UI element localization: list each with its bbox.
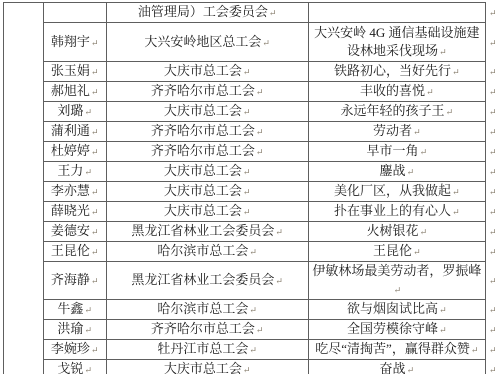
end-of-row-mark: ↵ [489,87,497,97]
union-cell: 大庆市总工会↵ [106,162,308,182]
end-of-cell-mark: ↵ [452,207,460,217]
end-of-row-mark: ↵ [489,365,497,374]
end-of-cell-mark: ↵ [407,167,415,177]
union-cell: 大庆市总工会↵ [106,202,308,222]
name-cell: 韩翔宇↵ [43,23,106,62]
end-of-cell-mark: ↵ [91,38,99,48]
cell-text: 黑龙江省林业工会委员会 [131,223,274,238]
table-row: 刘璐↵ 大庆市总工会↵ 永远年轻的孩子王↵ ↵ [4,102,498,122]
awards-table: 油管理局）工会委员会↵ ↵ 韩翔宇↵ 大兴安岭地区总工会↵ 大兴安岭 4G 通信… [3,2,498,374]
union-cell: 齐齐哈尔市总工会↵ [106,142,308,162]
cell-text: 王昆伦 [373,243,412,258]
end-of-cell-mark: ↵ [91,276,99,286]
document-page: 油管理局）工会委员会↵ ↵ 韩翔宇↵ 大兴安岭地区总工会↵ 大兴安岭 4G 通信… [0,0,498,374]
table-row: 薛晓光↵ 大庆市总工会↵ 扑在事业上的有心人↵ ↵ [4,202,498,222]
union-cell: 大庆市总工会↵ [106,360,308,374]
end-of-row-mark: ↵ [489,107,497,117]
cell-text: 大庆市总工会 [164,183,242,198]
name-cell: 王昆伦↵ [43,242,106,262]
cell-text: 齐齐哈尔市总工会 [151,143,255,158]
end-of-cell-mark: ↵ [269,8,277,18]
union-cell: 齐齐哈尔市总工会↵ [106,122,308,142]
work-title-cell: 火树银花↵ [308,222,485,242]
work-title-cell: 永远年轻的孩子王↵ [308,102,485,122]
cell-text: 洪瑜 [57,321,83,336]
end-of-cell-mark: ↵ [91,207,99,217]
cell-text: 铁路初心，当好先行 [334,63,451,78]
cell-text: 大兴安岭地区总工会 [144,34,261,49]
cell-text: 吃尽“清掏苦”，赢得群众赞 [315,341,470,356]
union-cell: 齐齐哈尔市总工会↵ [106,82,308,102]
cell-text: 大庆市总工会 [164,163,242,178]
end-of-row-mark: ↵ [489,67,497,77]
row-end-margin: ↵ [485,360,497,374]
table-row: 姜德安↵ 黑龙江省林业工会委员会↵ 火树银花↵ ↵ [4,222,498,242]
name-cell: 郝旭礼↵ [43,82,106,102]
end-of-row-mark: ↵ [489,207,497,217]
end-of-cell-mark: ↵ [439,305,447,315]
cell-text: 齐齐哈尔市总工会 [151,321,255,336]
cell-text: 齐齐哈尔市总工会 [151,83,255,98]
cell-text: 齐海静 [51,272,90,287]
end-of-row-mark: ↵ [489,305,497,315]
end-of-cell-mark: ↵ [452,187,460,197]
name-cell: 洪瑜↵ [43,320,106,340]
cell-text: 牛鑫 [57,301,83,316]
end-of-cell-mark: ↵ [471,345,479,355]
end-of-cell-mark: ↵ [446,107,454,117]
end-of-cell-mark: ↵ [91,127,99,137]
row-end-margin: ↵ [485,162,497,182]
cell-text: 鏖战 [380,163,406,178]
name-cell: 王力↵ [43,162,106,182]
cell-text: 劳动者 [373,123,412,138]
end-of-cell-mark: ↵ [243,365,251,374]
cell-text: 丰收的喜悦 [360,83,425,98]
end-of-cell-mark: ↵ [394,285,402,295]
union-cell: 油管理局）工会委员会↵ [106,3,308,23]
cell-text: 扑在事业上的有心人 [334,203,451,218]
end-of-row-mark: ↵ [489,325,497,335]
row-end-margin: ↵ [485,102,497,122]
table-row: 韩翔宇↵ 大兴安岭地区总工会↵ 大兴安岭 4G 通信基础设施建设林地采伐现场↵ … [4,23,498,62]
cell-text: 杜婷婷 [51,143,90,158]
end-of-cell-mark: ↵ [275,276,283,286]
table-row: 李亦慧↵ 大庆市总工会↵ 美化厂区，从我做起↵ ↵ [4,182,498,202]
end-of-row-mark: ↵ [489,227,497,237]
work-title-cell [308,3,485,23]
end-of-row-mark: ↵ [489,127,497,137]
end-of-cell-mark: ↵ [256,127,264,137]
work-title-cell: 伊敏林场最美劳动者，罗振峰↵ [308,262,485,300]
end-of-row-mark: ↵ [489,247,497,257]
end-of-cell-mark: ↵ [91,147,99,157]
end-of-cell-mark: ↵ [420,227,428,237]
cell-text: 王昆伦 [51,243,90,258]
row-end-margin: ↵ [485,3,497,23]
cell-text: 伊敏林场最美劳动者，罗振峰 [312,263,481,278]
table-row: 王昆伦↵ 哈尔滨市总工会↵ 王昆伦↵ ↵ [4,242,498,262]
end-of-cell-mark: ↵ [84,305,92,315]
name-cell: 李亦慧↵ [43,182,106,202]
cell-text: 戈锐 [57,361,83,374]
end-of-cell-mark: ↵ [84,325,92,335]
cell-text: 张玉娟 [51,63,90,78]
table-row: 郝旭礼↵ 齐齐哈尔市总工会↵ 丰收的喜悦↵ ↵ [4,82,498,102]
table-row: 李婉珍↵ 牡丹江市总工会↵ 吃尽“清掏苦”，赢得群众赞↵ ↵ [4,340,498,360]
work-title-cell: 大兴安岭 4G 通信基础设施建设林地采伐现场↵ [308,23,485,62]
end-of-row-mark: ↵ [489,276,497,286]
work-title-cell: 鏖战↵ [308,162,485,182]
cell-text: 蒲利通 [51,123,90,138]
row-end-margin: ↵ [485,62,497,82]
union-cell: 大庆市总工会↵ [106,62,308,82]
cell-text: 大庆市总工会 [164,361,242,374]
table-row: 蒲利通↵ 齐齐哈尔市总工会↵ 劳动者↵ ↵ [4,122,498,142]
row-end-margin: ↵ [485,23,497,62]
cell-text: 大庆市总工会 [164,63,242,78]
end-of-cell-mark: ↵ [275,227,283,237]
work-title-cell: 早市一角↵ [308,142,485,162]
union-cell: 黑龙江省林业工会委员会↵ [106,222,308,242]
union-cell: 大庆市总工会↵ [106,182,308,202]
end-of-cell-mark: ↵ [243,67,251,77]
cell-text: 姜德安 [51,223,90,238]
end-of-cell-mark: ↵ [249,247,257,257]
end-of-cell-mark: ↵ [243,107,251,117]
row-end-margin: ↵ [485,262,497,300]
cell-text: 火树银花 [367,223,419,238]
cell-text: 韩翔宇 [51,34,90,49]
cell-text: 大庆市总工会 [164,103,242,118]
end-of-row-mark: ↵ [489,167,497,177]
cell-text: 大兴安岭 4G 通信基础设施建设林地采伐现场 [314,25,479,58]
table-row: 王力↵ 大庆市总工会↵ 鏖战↵ ↵ [4,162,498,182]
union-cell: 黑龙江省林业工会委员会↵ [106,262,308,300]
work-title-cell: 劳动者↵ [308,122,485,142]
row-end-margin: ↵ [485,82,497,102]
row-end-margin: ↵ [485,222,497,242]
row-end-margin: ↵ [485,320,497,340]
cell-text: 欲与烟囱试比高 [347,301,438,316]
cell-text: 薛晓光 [51,203,90,218]
end-of-row-mark: ↵ [489,187,497,197]
row-end-margin: ↵ [485,122,497,142]
end-of-cell-mark: ↵ [407,365,415,374]
cell-text: 奋战 [380,361,406,374]
cell-text: 牡丹江市总工会 [157,341,248,356]
end-of-cell-mark: ↵ [91,227,99,237]
end-of-row-mark: ↵ [489,345,497,355]
name-cell: 牛鑫↵ [43,300,106,320]
name-cell [43,3,106,23]
end-of-cell-mark: ↵ [243,167,251,177]
end-of-cell-mark: ↵ [249,345,257,355]
end-of-row-mark: ↵ [489,147,497,157]
work-title-cell: 王昆伦↵ [308,242,485,262]
name-cell: 姜德安↵ [43,222,106,242]
cell-text: 美化厂区，从我做起 [334,183,451,198]
row-end-margin: ↵ [485,202,497,222]
end-of-cell-mark: ↵ [452,67,460,77]
end-of-cell-mark: ↵ [91,187,99,197]
cell-text: 黑龙江省林业工会委员会 [131,272,274,287]
cell-text: 哈尔滨市总工会 [157,243,248,258]
row-end-margin: ↵ [485,300,497,320]
end-of-cell-mark: ↵ [413,247,421,257]
end-of-cell-mark: ↵ [426,87,434,97]
end-of-cell-mark: ↵ [420,147,428,157]
end-of-row-mark: ↵ [489,38,497,48]
table-row: 牛鑫↵ 哈尔滨市总工会↵ 欲与烟囱试比高↵ ↵ [4,300,498,320]
end-of-cell-mark: ↵ [84,365,92,374]
end-of-cell-mark: ↵ [91,87,99,97]
end-of-cell-mark: ↵ [439,47,447,57]
name-cell: 戈锐↵ [43,360,106,374]
end-of-cell-mark: ↵ [256,147,264,157]
work-title-cell: 奋战↵ [308,360,485,374]
row-end-margin: ↵ [485,340,497,360]
union-cell: 大庆市总工会↵ [106,102,308,122]
cell-text: 李亦慧 [51,183,90,198]
row-end-margin: ↵ [485,182,497,202]
cell-text: 刘璐 [57,103,83,118]
end-of-cell-mark: ↵ [243,207,251,217]
end-of-cell-mark: ↵ [84,167,92,177]
name-cell: 杜婷婷↵ [43,142,106,162]
end-of-cell-mark: ↵ [413,127,421,137]
end-of-cell-mark: ↵ [439,325,447,335]
cell-text: 王力 [57,163,83,178]
end-of-cell-mark: ↵ [243,187,251,197]
union-cell: 牡丹江市总工会↵ [106,340,308,360]
union-cell: 哈尔滨市总工会↵ [106,242,308,262]
cell-text: 全国劳模徐守峰 [347,321,438,336]
work-title-cell: 扑在事业上的有心人↵ [308,202,485,222]
end-of-cell-mark: ↵ [84,107,92,117]
end-of-row-mark: ↵ [489,8,497,18]
row-end-margin: ↵ [485,242,497,262]
cell-text: 李婉珍 [51,341,90,356]
cell-text: 早市一角 [367,143,419,158]
table-row: 张玉娟↵ 大庆市总工会↵ 铁路初心，当好先行↵ ↵ [4,62,498,82]
name-cell: 齐海静↵ [43,262,106,300]
end-of-cell-mark: ↵ [256,325,264,335]
work-title-cell: 欲与烟囱试比高↵ [308,300,485,320]
name-cell: 蒲利通↵ [43,122,106,142]
table-row: 齐海静↵ 黑龙江省林业工会委员会↵ 伊敏林场最美劳动者，罗振峰↵ ↵ [4,262,498,300]
work-title-cell: 吃尽“清掏苦”，赢得群众赞↵ [308,340,485,360]
cell-text: 齐齐哈尔市总工会 [151,123,255,138]
end-of-cell-mark: ↵ [256,87,264,97]
table-row: 杜婷婷↵ 齐齐哈尔市总工会↵ 早市一角↵ ↵ [4,142,498,162]
end-of-cell-mark: ↵ [91,67,99,77]
cell-text: 油管理局）工会委员会 [138,4,268,19]
work-title-cell: 美化厂区，从我做起↵ [308,182,485,202]
name-cell: 张玉娟↵ [43,62,106,82]
union-cell: 齐齐哈尔市总工会↵ [106,320,308,340]
end-of-cell-mark: ↵ [262,38,270,48]
end-of-cell-mark: ↵ [249,305,257,315]
table-row: 油管理局）工会委员会↵ ↵ [4,3,498,23]
cell-text: 大庆市总工会 [164,203,242,218]
work-title-cell: 全国劳模徐守峰↵ [308,320,485,340]
work-title-cell: 铁路初心，当好先行↵ [308,62,485,82]
name-cell: 刘璐↵ [43,102,106,122]
end-of-cell-mark: ↵ [91,247,99,257]
table-row: 洪瑜↵ 齐齐哈尔市总工会↵ 全国劳模徐守峰↵ ↵ [4,320,498,340]
name-cell: 李婉珍↵ [43,340,106,360]
cell-text: 哈尔滨市总工会 [157,301,248,316]
union-cell: 大兴安岭地区总工会↵ [106,23,308,62]
name-cell: 薛晓光↵ [43,202,106,222]
merged-empty-cell [4,3,44,374]
union-cell: 哈尔滨市总工会↵ [106,300,308,320]
work-title-cell: 丰收的喜悦↵ [308,82,485,102]
cell-text: 郝旭礼 [51,83,90,98]
end-of-cell-mark: ↵ [91,345,99,355]
cell-text: 永远年轻的孩子王 [341,103,445,118]
row-end-margin: ↵ [485,142,497,162]
table-row: 戈锐↵ 大庆市总工会↵ 奋战↵ ↵ [4,360,498,374]
